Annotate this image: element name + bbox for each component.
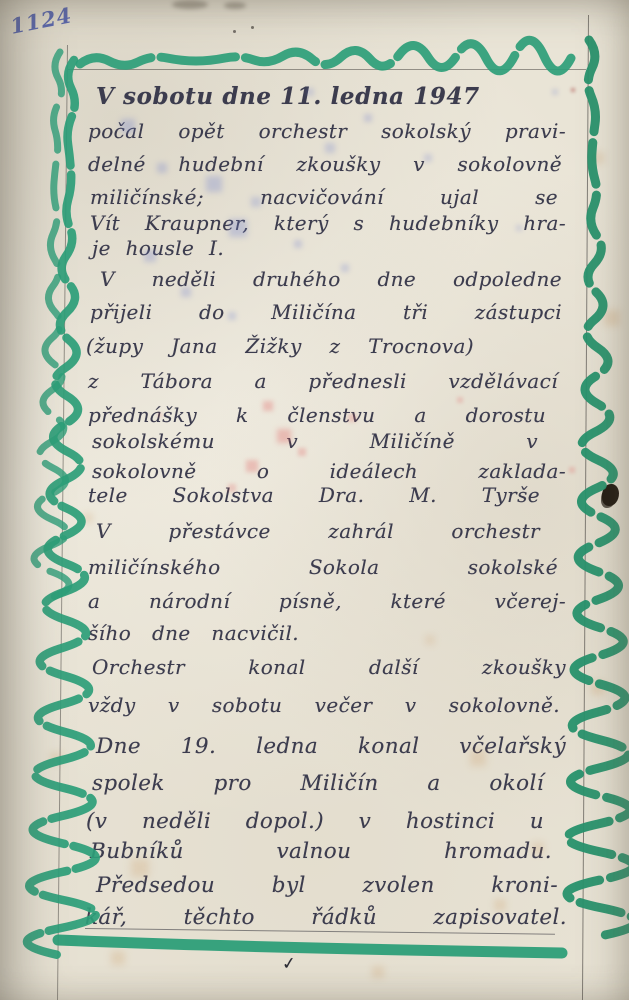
text-line: spolek pro Miličín a okolí — [92, 772, 544, 797]
edge-smudge — [224, 2, 246, 9]
ink-dot — [251, 26, 254, 29]
border-bottom-stroke — [58, 940, 562, 953]
chronicle-page: 1124 V sobotu dne 11. ledna 1947 počal o… — [0, 0, 629, 1000]
edge-smudge — [172, 0, 208, 9]
text-line: přednášky k členstvu a dorostu — [88, 404, 546, 427]
ruled-margin-line-left — [57, 45, 68, 1000]
text-line: delné hudební zkoušky v sokolovně — [88, 153, 562, 176]
entry-heading: V sobotu dne 11. ledna 1947 — [96, 84, 480, 110]
text-line: Vít Kraupner, který s hudebníky hra- — [90, 212, 566, 235]
text-line: Bubníků valnou hromadu. — [90, 840, 552, 865]
border-left-outer-stroke — [34, 52, 69, 598]
text-line: počal opět orchestr sokolský pravi- — [88, 120, 566, 143]
text-line: vždy v sobotu večer v sokolovně. — [88, 694, 560, 717]
page-number: 1124 — [8, 2, 74, 38]
text-line: a národní písně, které včerej- — [88, 590, 566, 613]
text-line: kář, těchto řádků zapisovatel. — [85, 906, 567, 931]
border-right-stroke — [567, 40, 629, 936]
text-line: miličínského Sokola sokolské — [88, 556, 558, 579]
text-line: Předsedou byl zvolen kroni- — [96, 874, 558, 899]
text-line: sokolskému v Miličíně v — [92, 430, 538, 453]
text-line: sokolovně o ideálech zaklada- — [92, 460, 566, 483]
ink-dot — [233, 30, 236, 33]
text-line: (v neděli dopol.) v hostinci u — [86, 810, 544, 835]
ruled-margin-line-right — [582, 15, 589, 1000]
border-top-stroke — [80, 40, 573, 71]
text-line: Dne 19. ledna konal včelařský — [96, 735, 566, 760]
text-line: V přestávce zahrál orchestr — [96, 520, 540, 543]
text-line: (župy Jana Žižky z Trocnova) — [86, 335, 474, 358]
ink-blot — [602, 484, 619, 506]
text-line: tele Sokolstva Dra. M. Tyrše — [88, 484, 540, 507]
text-line: šího dne nacvičil. — [88, 622, 299, 645]
text-line: přijeli do Miličína tři zástupci — [90, 301, 562, 324]
ruled-line-top — [68, 69, 586, 70]
check-mark: ✓ — [281, 954, 298, 975]
text-line: je housle I. — [92, 237, 224, 260]
text-line: miličínské; nacvičování ujal se — [90, 186, 558, 209]
text-line: V neděli druhého dne odpoledne — [100, 268, 562, 291]
text-line: z Tábora a přednesli vzdělávací — [88, 370, 558, 393]
text-line: Orchestr konal další zkoušky — [92, 656, 566, 679]
